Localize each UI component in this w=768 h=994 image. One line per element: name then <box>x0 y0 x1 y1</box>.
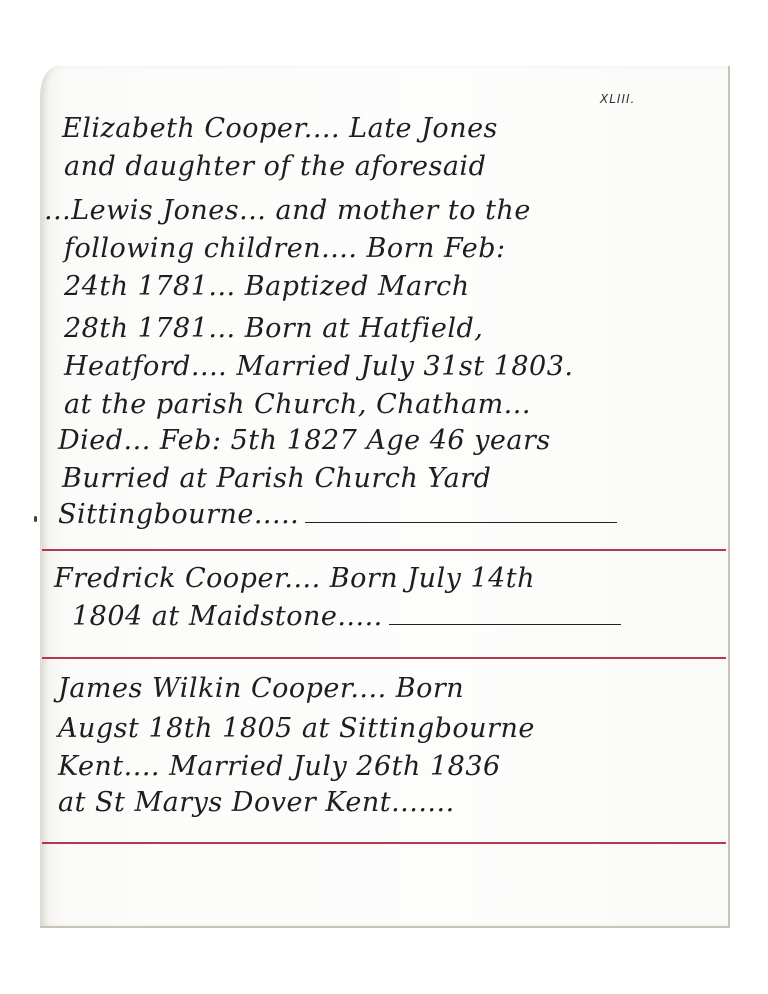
entry-line: and daughter of the aforesaid <box>64 150 734 184</box>
entry-line: 24th 1781... Baptized March <box>64 270 734 304</box>
margin-mark <box>34 516 37 522</box>
entry-line: 28th 1781... Born at Hatfield, <box>64 312 734 346</box>
entry-line: Died... Feb: 5th 1827 Age 46 years <box>58 424 728 458</box>
entry-line: Elizabeth Cooper.... Late Jones <box>62 112 732 146</box>
fill-rule <box>305 522 617 523</box>
entry-line-text: 1804 at Maidstone..... <box>72 601 383 632</box>
entry-line: Kent.... Married July 26th 1836 <box>58 750 728 784</box>
entry-line-with-rule: 1804 at Maidstone..... <box>72 600 742 634</box>
red-divider <box>42 549 726 551</box>
entry-line: James Wilkin Cooper.... Born <box>58 672 728 706</box>
entry-line: Augst 18th 1805 at Sittingbourne <box>58 712 728 746</box>
entry-line: at St Marys Dover Kent....... <box>58 786 728 820</box>
entry-line: Heatford.... Married July 31st 1803. <box>64 350 734 384</box>
fill-rule <box>389 624 621 625</box>
entry-line-text: Sittingbourne..... <box>58 499 299 530</box>
page-number: XLIII. <box>600 92 635 106</box>
entry-line: following children.... Born Feb: <box>64 232 734 266</box>
entry-line: Fredrick Cooper.... Born July 14th <box>54 562 724 596</box>
entry-line-with-rule: Sittingbourne..... <box>58 498 728 532</box>
red-divider <box>42 657 726 659</box>
entry-line: at the parish Church, Chatham... <box>64 388 734 422</box>
entry-line: Burried at Parish Church Yard <box>62 462 732 496</box>
entry-line: ...Lewis Jones... and mother to the <box>44 194 714 228</box>
red-divider <box>42 842 726 844</box>
